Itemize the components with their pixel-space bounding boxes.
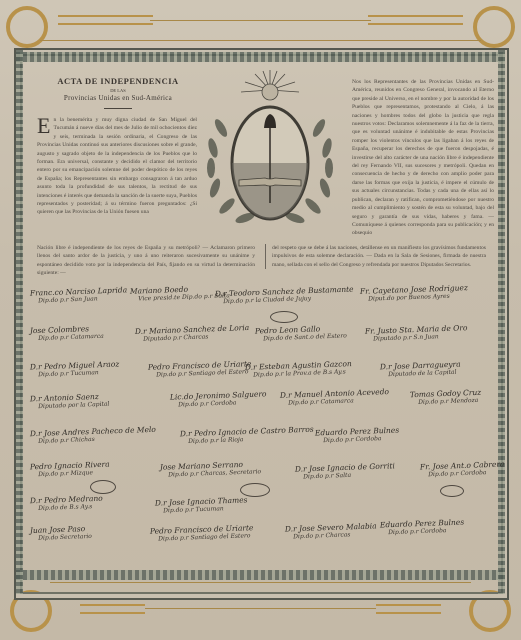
signatures-area: Franc.co Narciso LapridaDip.do p.r San J… <box>30 285 500 555</box>
document-subtitle-small: DE LAS <box>38 88 198 93</box>
bottom-left-text: Nación libre é independiente de los reye… <box>37 244 255 278</box>
bottom-right-paragraph: del respeto que se debe á las naciones, … <box>272 245 486 268</box>
rubric-flourish-icon <box>270 311 298 323</box>
signature: D.r Jose Andres Pacheco de MeloDip.do p.… <box>30 425 156 445</box>
signature: Lic.do Jeronimo SalgueroDip.do p.r Cordo… <box>170 389 267 408</box>
signature: D.r Jose Ignacio de GorritiDip.do p.r Sa… <box>295 461 395 480</box>
document-subtitle: Provincias Unidas en Sud-América <box>38 94 198 102</box>
rubric-flourish-icon <box>90 480 116 494</box>
coat-of-arms-icon <box>195 68 345 238</box>
document-title-block: ACTA DE INDEPENDENCIA DE LAS Provincias … <box>38 76 198 109</box>
left-text-column: E n la benemérita y muy digna ciudad de … <box>37 116 197 217</box>
signature: Pedro Leon GalloDip.do de Sant.o del Est… <box>255 323 347 342</box>
corner-ornament-top-right <box>473 6 515 48</box>
signature: D.r Jose DarragueyraDiputado de la Capit… <box>380 360 461 379</box>
drop-cap: E <box>37 117 50 135</box>
signature: Pedro Ignacio RiveraDip.do p.r Mizque <box>30 460 110 479</box>
bottom-right-text: del respeto que se debe á las naciones, … <box>265 244 486 269</box>
frame-band-bottom <box>16 570 505 580</box>
signature: Jose ColombresDip.do p.r Catamarca <box>30 324 104 343</box>
ornament-bar <box>368 15 463 25</box>
signature: Fr. Jose Ant.o CabreraDip.do p.r Cordoba <box>420 460 505 479</box>
document-sheet: ACTA DE INDEPENDENCIA DE LAS Provincias … <box>0 0 521 640</box>
signature: D.r Antonio SaenzDiputado por la Capital <box>30 392 110 411</box>
corner-ornament-top-left <box>6 6 48 48</box>
right-text-column: Nos los Representantes de las Provincias… <box>352 78 494 238</box>
right-column-text: Nos los Representantes de las Provincias… <box>352 79 494 236</box>
ornament-line <box>150 20 371 21</box>
signature: D.r Pedro Ignacio de Castro BarrosDip.do… <box>180 425 314 446</box>
signature: D.r Jose Ignacio ThamesDip.do p.r Tucuma… <box>155 495 248 514</box>
bottom-left-paragraph: Nación libre é independiente de los reye… <box>37 245 255 276</box>
signature: Eduardo Perez BulnesDip.do p.r Cordoba <box>380 518 465 537</box>
signature: D.r Manuel Antonio AcevedoDip.do p.r Cat… <box>280 387 390 407</box>
frame-band-top <box>16 52 505 62</box>
signature: D.r Teodoro Sanchez de BustamanteDip.do … <box>215 285 354 306</box>
signature: D.r Esteban Agustin GazconDip.do p.r la … <box>245 359 352 379</box>
rubric-flourish-icon <box>440 485 464 497</box>
left-column-text: n la benemérita y muy digna ciudad de Sa… <box>37 117 197 215</box>
signature: D.r Mariano Sanchez de LoriaDiputado p.r… <box>135 323 250 343</box>
signature: D.r Jose Severo MalabiaDip.do p.r Charca… <box>285 521 377 540</box>
ornament-bar <box>80 604 145 614</box>
signature: Tomas Godoy CruzDip.do p.r Mendoza <box>410 388 482 406</box>
ornament-line <box>40 40 481 41</box>
signature: Juan Jose PasoDip.do Secretario <box>30 524 92 542</box>
frame-band-left <box>16 50 23 594</box>
signature: D.r Pedro Miguel AraozDip.do p.r Tucuman <box>30 359 120 378</box>
signature: Pedro Francisco de UriarteDip.do p.r San… <box>150 523 254 543</box>
signature: Eduardo Perez BulnesDip.do p.r Cordoba <box>315 426 400 445</box>
title-flourish <box>104 108 132 109</box>
ornament-bar <box>376 604 441 614</box>
signature: Fr. Cayetano Jose RodriguezDiput.do por … <box>360 283 468 303</box>
signature: D.r Pedro MedranoDip.do de B.s Ay.s <box>30 494 103 513</box>
signature: Pedro Francisco de UriarteDip.do p.r San… <box>148 359 252 379</box>
rubric-flourish-icon <box>240 483 270 497</box>
signature: Franc.co Narciso LapridaDip.do p.r San J… <box>30 285 128 304</box>
document-title: ACTA DE INDEPENDENCIA <box>38 76 198 86</box>
signature: Fr. Justo Sta. Maria de OroDiputado p.r … <box>365 323 468 343</box>
signature: Jose Mariano SerranoDip.do p.r Charcas, … <box>160 459 261 479</box>
ornament-line <box>145 608 376 609</box>
ornament-bar <box>58 15 153 25</box>
